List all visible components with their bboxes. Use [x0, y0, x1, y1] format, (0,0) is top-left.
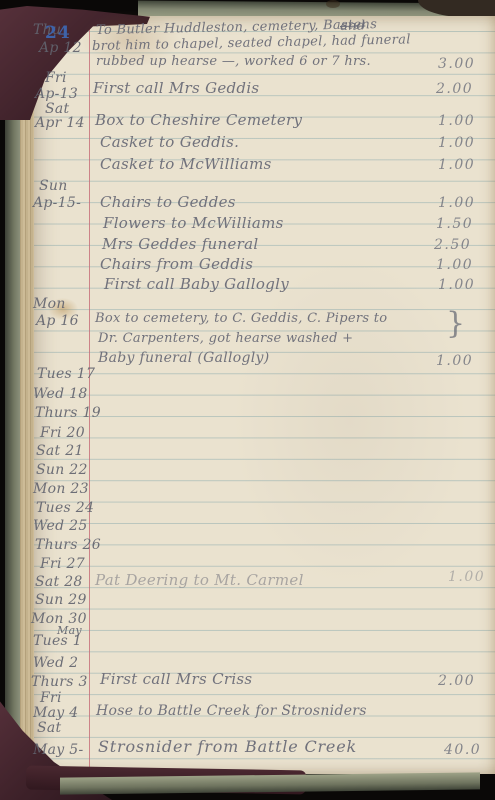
- entry-description: Chairs from Geddis: [100, 255, 253, 273]
- margin-date: Ap-13: [35, 86, 78, 102]
- entry-description: Flowers to McWilliams: [103, 214, 284, 232]
- margin-date: Thurs 26: [35, 537, 101, 553]
- entry-amount: 1.00: [438, 135, 475, 151]
- entry-amount: 1.00: [438, 157, 475, 173]
- entry-description: First call Mrs Criss: [100, 670, 252, 688]
- entry-amount: 1.00: [438, 195, 475, 211]
- margin-date: May 5-: [33, 742, 83, 758]
- book-spine-edge: [5, 95, 20, 750]
- entry-amount: 3.00: [438, 56, 475, 72]
- margin-date: Ap 12: [39, 40, 82, 56]
- ledger-book-photo: Thu 24 Ap 12 Fri Ap-13 Sat Apr 14 Sun Ap…: [0, 0, 495, 800]
- entry-description: Chairs to Geddes: [100, 193, 236, 211]
- entry-amount: 2.00: [436, 81, 473, 97]
- margin-day: Mon: [33, 296, 66, 312]
- margin-day: Fri: [45, 70, 67, 86]
- entry-description: Baby funeral (Gallogly): [98, 350, 270, 366]
- ledger-page: [30, 16, 495, 774]
- entry-amount: 2.50: [434, 237, 471, 253]
- margin-day: Sun: [39, 178, 68, 194]
- entry-amount: 1.00: [436, 257, 473, 273]
- entry-amount: 1.00: [436, 353, 473, 369]
- margin-date: Tues 1: [33, 633, 82, 649]
- entry-description: rubbed up hearse —, worked 6 or 7 hrs.: [96, 54, 371, 69]
- margin-date: Tues 17: [37, 366, 95, 382]
- entry-description: First call Mrs Geddis: [93, 79, 259, 97]
- margin-date: Sun 29: [35, 592, 87, 608]
- margin-date: Mon 23: [33, 481, 89, 497]
- margin-date: Ap-15-: [33, 195, 81, 211]
- margin-date: Fri 27: [40, 556, 85, 572]
- entry-amount: 2.00: [438, 673, 475, 689]
- page-edge-stack: [18, 58, 34, 764]
- entry-description: Box to Cheshire Cemetery: [95, 111, 302, 129]
- entry-amount: 1.00: [438, 277, 475, 293]
- margin-date: Fri 20: [40, 425, 85, 441]
- entry-amount: 1.50: [436, 216, 473, 232]
- margin-date: Thurs 3: [31, 674, 88, 690]
- red-margin-rule: [89, 18, 90, 772]
- entry-description-struck-word: and: [340, 18, 366, 34]
- margin-date: Ap 16: [36, 313, 79, 329]
- margin-day: Sat: [37, 720, 61, 736]
- margin-date: Wed 18: [33, 386, 88, 402]
- entry-description: Box to cemetery, to C. Geddis, C. Pipers…: [95, 311, 387, 326]
- margin-date: Tues 24: [36, 500, 94, 516]
- entry-amount: 1.00: [448, 569, 485, 585]
- margin-date: May 4: [33, 705, 78, 721]
- margin-date: Sat 28: [35, 574, 83, 590]
- margin-date: Wed 25: [33, 518, 88, 534]
- entry-description: Pat Deering to Mt. Carmel: [95, 571, 304, 589]
- entry-description: Casket to Geddis.: [100, 133, 239, 151]
- margin-date: Apr 14: [35, 115, 85, 131]
- entry-brace: }: [446, 306, 465, 341]
- entry-description: Strosnider from Battle Creek: [98, 737, 357, 756]
- entry-amount: 40.0: [444, 742, 481, 758]
- margin-date: Sun 22: [36, 462, 88, 478]
- entry-description: Mrs Geddes funeral: [102, 235, 258, 253]
- entry-description: First call Baby Gallogly: [104, 275, 289, 293]
- entry-amount: 1.00: [438, 113, 475, 129]
- margin-day: Fri: [40, 690, 62, 706]
- entry-description: Dr. Carpenters, got hearse washed +: [98, 331, 353, 346]
- margin-date: Sat 21: [36, 443, 84, 459]
- entry-description: Casket to McWilliams: [100, 155, 272, 173]
- margin-date: Thurs 19: [35, 405, 101, 421]
- margin-date: Wed 2: [33, 655, 78, 671]
- entry-description: Hose to Battle Creek for Strosniders: [96, 703, 367, 719]
